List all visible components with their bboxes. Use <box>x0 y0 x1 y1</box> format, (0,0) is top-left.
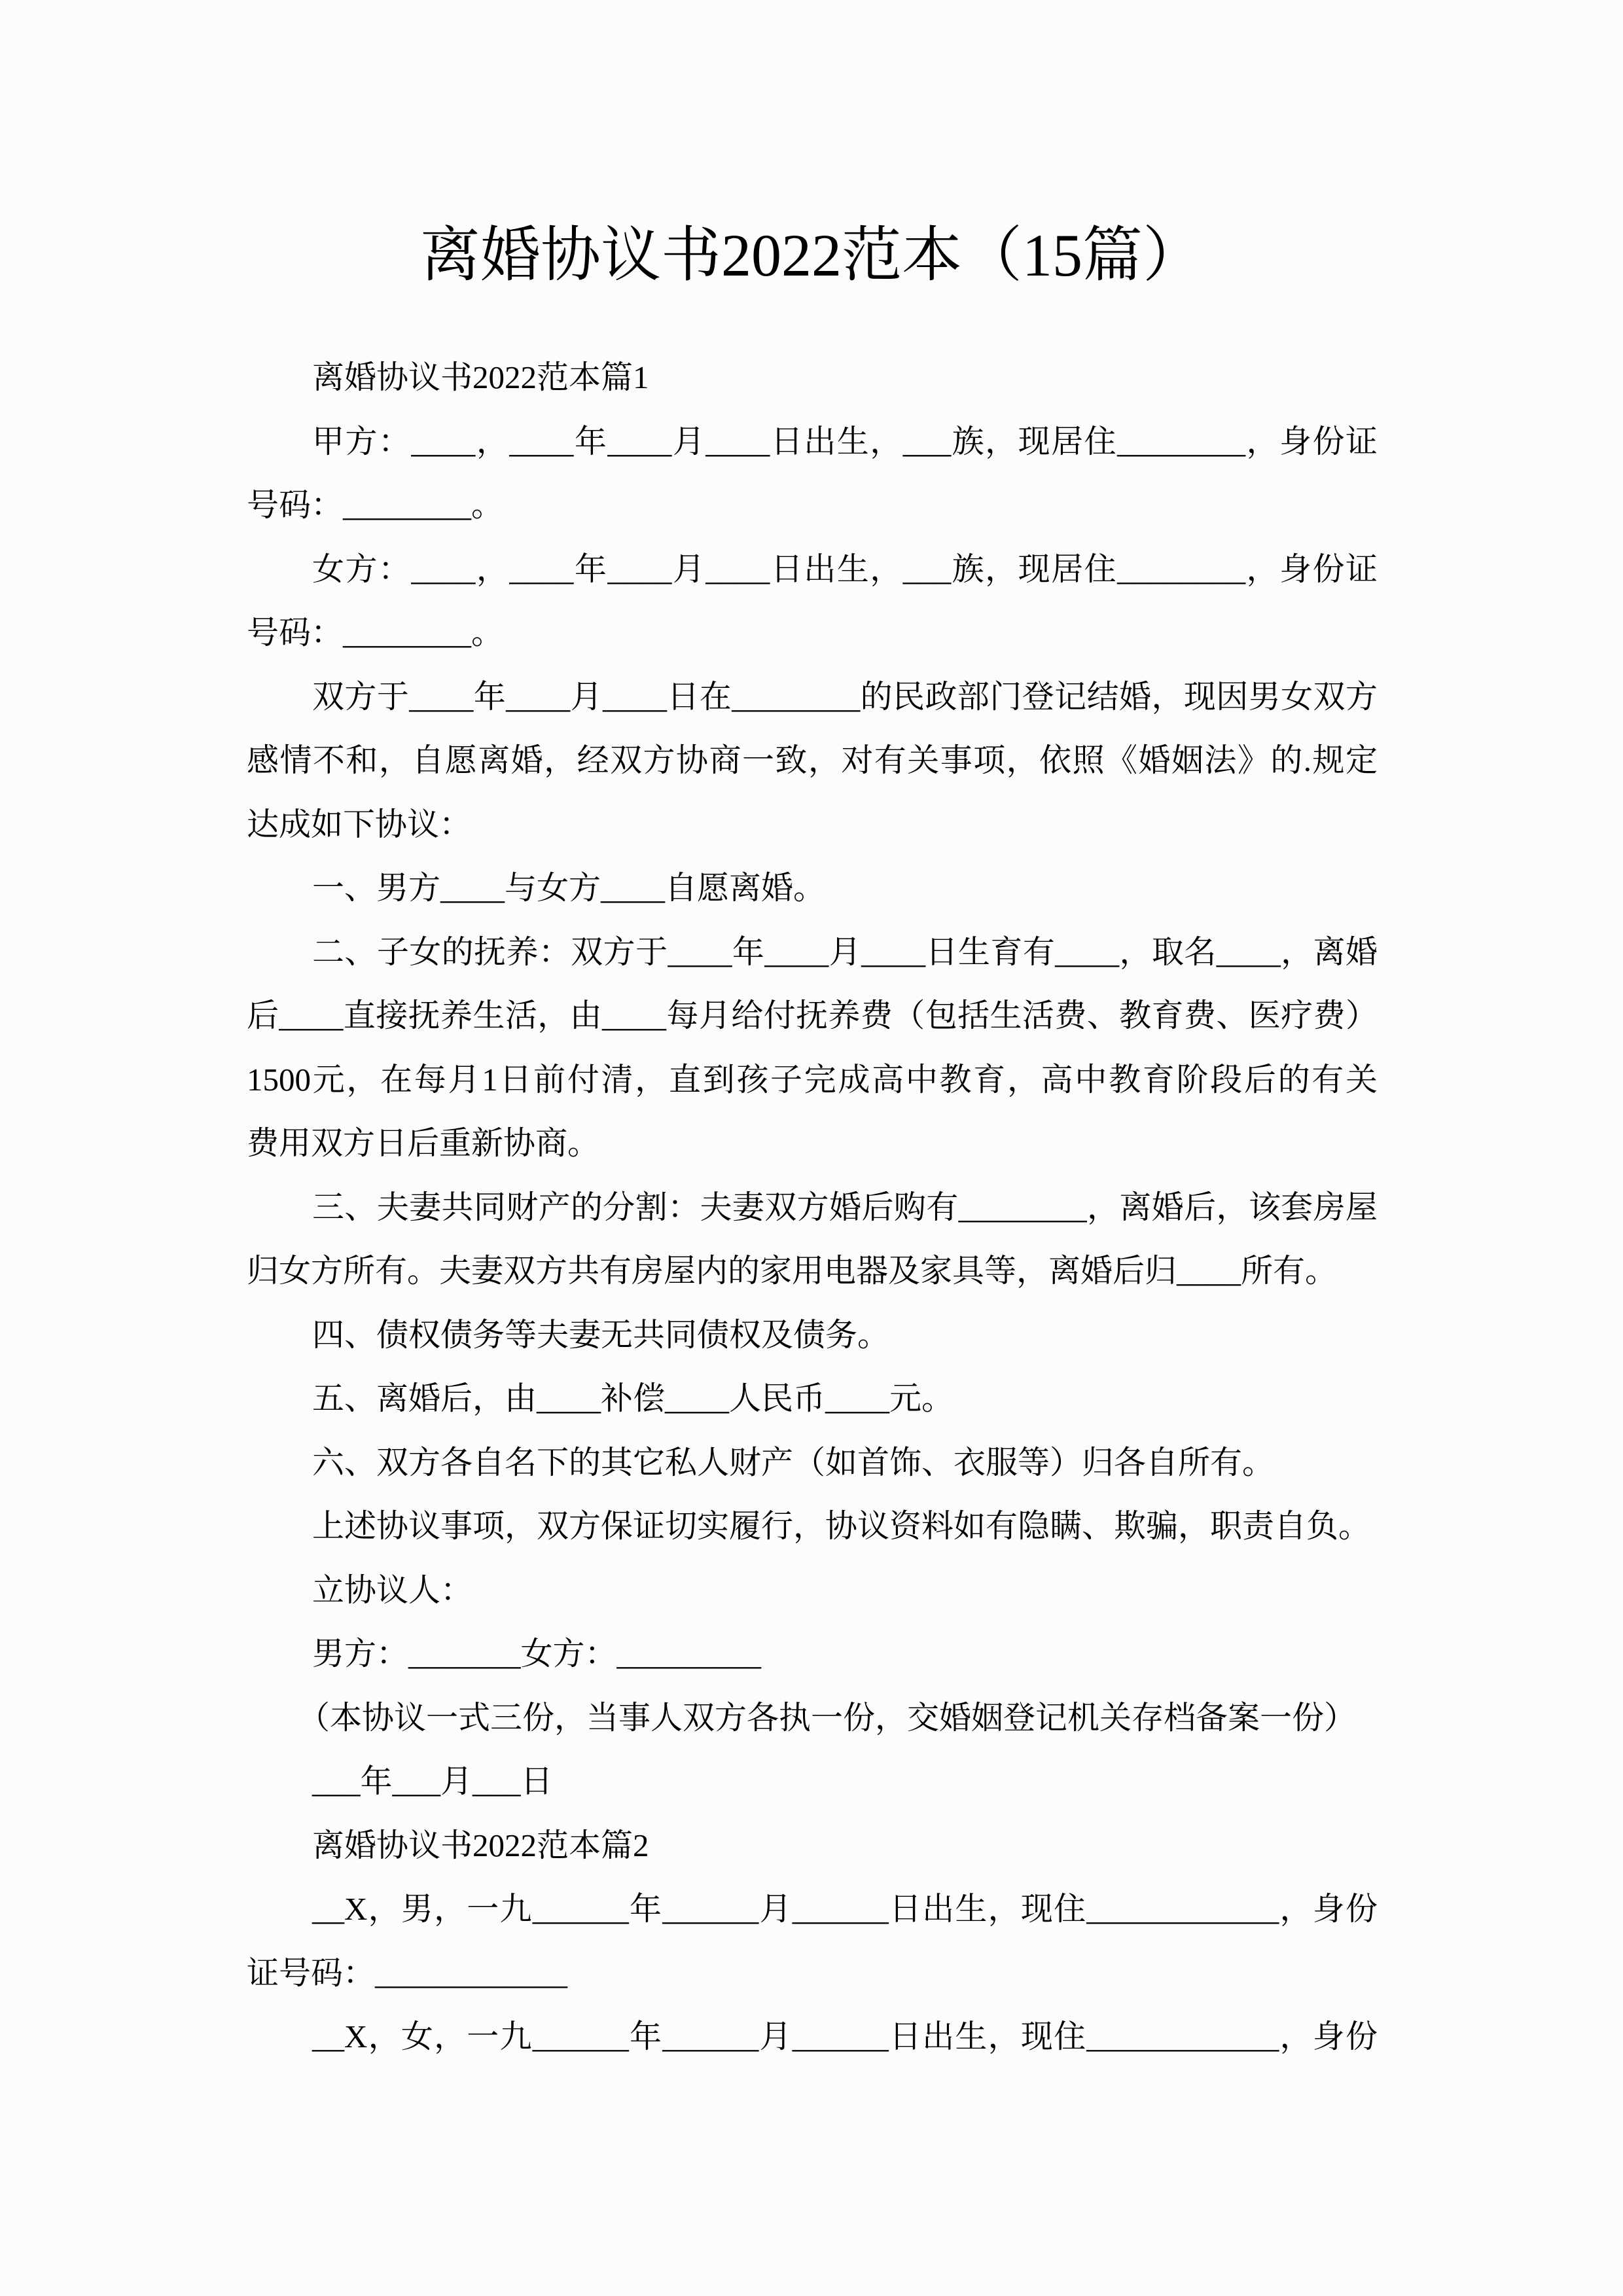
document-title: 离婚协议书2022范本（15篇） <box>0 213 1623 297</box>
signatories-label: 立协议人： <box>247 1558 1378 1623</box>
section-heading-1: 离婚协议书2022范本篇1 <box>247 346 1378 410</box>
clause-2: 二、子女的抚养：双方于____年____月____日生育有____，取名____… <box>247 920 1378 984</box>
section-heading-2: 离婚协议书2022范本篇2 <box>247 1814 1378 1878</box>
document-body: 离婚协议书2022范本篇1 甲方：____，____年____月____日出生，… <box>247 346 1378 2069</box>
clause-3: 三、夫妻共同财产的分割：夫妻双方婚后购有________，离婚后，该套房屋 <box>247 1175 1378 1240</box>
date-line: ___年___月___日 <box>247 1749 1378 1814</box>
party-a-line: 甲方：____，____年____月____日出生，___族，现居住______… <box>247 410 1378 474</box>
marriage-registration-line: 达成如下协议： <box>247 793 1378 857</box>
marriage-registration-line: 双方于____年____月____日在________的民政部门登记结婚，现因男… <box>247 665 1378 729</box>
female-party-line: __X，女，一九______年______月______日出生，现住______… <box>247 2005 1378 2069</box>
clause-1: 一、男方____与女方____自愿离婚。 <box>247 856 1378 920</box>
party-a-id-line: 号码：________。 <box>247 473 1378 537</box>
party-b-id-line: 号码：________。 <box>247 601 1378 665</box>
marriage-registration-line: 感情不和，自愿离婚，经双方协商一致，对有关事项，依照《婚姻法》的.规定 <box>247 728 1378 793</box>
male-party-id-line: 证号码：____________ <box>247 1941 1378 2005</box>
signature-fields: 男方：_______女方：_________ <box>247 1622 1378 1686</box>
clause-2: 后____直接抚养生活，由____每月给付抚养费（包括生活费、教育费、医疗费） <box>247 984 1378 1048</box>
clause-6: 六、双方各自名下的其它私人财产（如首饰、衣服等）归各自所有。 <box>247 1431 1378 1495</box>
commitment-line: 上述协议事项，双方保证切实履行，协议资料如有隐瞒、欺骗，职责自负。 <box>247 1494 1378 1558</box>
party-b-line: 女方：____，____年____月____日出生，___族，现居住______… <box>247 537 1378 601</box>
clause-2: 1500元，在每月1日前付清，直到孩子完成高中教育，高中教育阶段后的有关 <box>247 1048 1378 1112</box>
clause-2: 费用双方日后重新协商。 <box>247 1111 1378 1175</box>
copies-note: （本协议一式三份，当事人双方各执一份，交婚姻登记机关存档备案一份） <box>247 1686 1378 1750</box>
clause-5: 五、离婚后，由____补偿____人民币____元。 <box>247 1367 1378 1431</box>
clause-4: 四、债权债务等夫妻无共同债权及债务。 <box>247 1303 1378 1367</box>
male-party-line: __X，男，一九______年______月______日出生，现住______… <box>247 1877 1378 1941</box>
clause-3: 归女方所有。夫妻双方共有房屋内的家用电器及家具等，离婚后归____所有。 <box>247 1239 1378 1303</box>
